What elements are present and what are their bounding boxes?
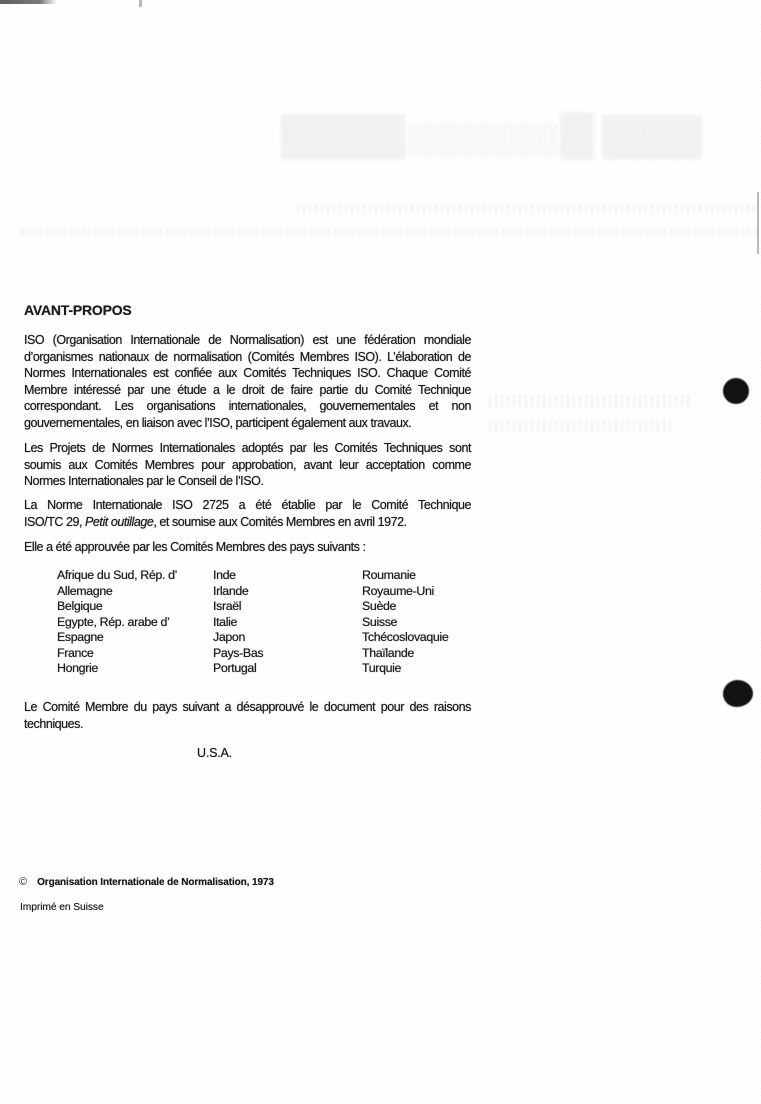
- country-item: Espagne: [57, 630, 177, 646]
- text-line: soumis aux Comités Membres pour approbat…: [24, 457, 471, 474]
- scanned-document-page: AVANT-PROPOS ISO (Organisation Internati…: [0, 0, 761, 1104]
- text-line: Normes Internationales par le Conseil de…: [24, 473, 471, 490]
- printed-in-notice: Imprimé en Suisse: [20, 902, 104, 913]
- scan-edge-line: [757, 192, 759, 254]
- paragraph-disapproval: Le Comité Membre du pays suivant a désap…: [24, 699, 471, 732]
- bleed-through-smudge: [560, 112, 594, 160]
- approval-intro: Elle a été approuvée par les Comités Mem…: [24, 539, 471, 556]
- bleed-through-line: [487, 420, 673, 433]
- paragraph-draft-process: Les Projets de Normes Internationales ad…: [24, 440, 471, 490]
- country-item: Pays-Bas: [213, 646, 263, 662]
- bleed-through-smudge: [408, 122, 558, 158]
- scan-edge-tick: [139, 0, 142, 7]
- page-title: AVANT-PROPOS: [24, 302, 132, 318]
- country-item: Allemagne: [57, 584, 177, 600]
- country-item: Suède: [362, 599, 448, 615]
- bleed-through-smudge: [281, 114, 406, 160]
- text-line: La Norme Internationale ISO 2725 a été é…: [24, 497, 471, 514]
- country-list-column-1: Afrique du Sud, Rép. d’ Allemagne Belgiq…: [57, 568, 177, 677]
- country-item: France: [57, 646, 177, 662]
- text-line: ISO/TC 29, Petit outillage, et soumise a…: [24, 514, 471, 531]
- country-item: Suisse: [362, 615, 448, 631]
- text-segment: ISO/TC 29,: [24, 515, 85, 529]
- disapproving-country: U.S.A.: [197, 746, 232, 760]
- text-line: correspondant. Les organisations interna…: [24, 398, 471, 415]
- text-line: d’organismes nationaux de normalisation …: [24, 349, 471, 366]
- country-item: Irlande: [213, 584, 263, 600]
- text-line: ISO (Organisation Internationale de Norm…: [24, 332, 471, 349]
- country-item: Tchécoslovaquie: [362, 630, 448, 646]
- paragraph-standard-origin: La Norme Internationale ISO 2725 a été é…: [24, 497, 471, 530]
- standard-title-italic: Petit outillage: [85, 515, 153, 529]
- country-item: Roumanie: [362, 568, 448, 584]
- text-line: gouvernementales, en liaison avec l’ISO,…: [24, 415, 471, 432]
- country-item: Royaume-Uni: [362, 584, 448, 600]
- country-item: Italie: [213, 615, 263, 631]
- text-line: Le Comité Membre du pays suivant a désap…: [24, 699, 471, 716]
- country-item: Israël: [213, 599, 263, 615]
- country-item: Portugal: [213, 661, 263, 677]
- bleed-through-line: [487, 395, 693, 407]
- country-list-column-3: Roumanie Royaume-Uni Suède Suisse Tchéco…: [362, 568, 448, 677]
- country-item: Afrique du Sud, Rép. d’: [57, 568, 177, 584]
- text-line: Les Projets de Normes Internationales ad…: [24, 440, 471, 457]
- copyright-notice: © Organisation Internationale de Normali…: [19, 876, 274, 889]
- paragraph-iso-intro: ISO (Organisation Internationale de Norm…: [24, 332, 471, 432]
- text-segment: , et soumise aux Comités Membres en avri…: [153, 515, 406, 529]
- text-line: Membre intéressé par une étude a le droi…: [24, 382, 471, 399]
- bleed-through-smudge: [602, 115, 702, 159]
- country-item: Thaïlande: [362, 646, 448, 662]
- country-item: Japon: [213, 630, 263, 646]
- copyright-text: Organisation Internationale de Normalisa…: [37, 876, 274, 889]
- text-line: Elle a été approuvée par les Comités Mem…: [24, 539, 471, 556]
- country-item: Inde: [213, 568, 263, 584]
- country-item: Egypte, Rép. arabe d’: [57, 615, 177, 631]
- scan-edge-artifact: [0, 0, 57, 4]
- text-line: techniques.: [24, 716, 471, 733]
- text-line: Normes Internationales est confiée aux C…: [24, 365, 471, 382]
- country-item: Belgique: [57, 599, 177, 615]
- country-list-column-2: Inde Irlande Israël Italie Japon Pays-Ba…: [213, 568, 263, 677]
- country-item: Hongrie: [57, 661, 177, 677]
- punch-hole-mark: [723, 680, 753, 707]
- country-item: Turquie: [362, 661, 448, 677]
- punch-hole-mark: [723, 378, 749, 404]
- copyright-icon: ©: [19, 876, 27, 889]
- bleed-through-line: [20, 228, 758, 237]
- bleed-through-line: [295, 205, 755, 214]
